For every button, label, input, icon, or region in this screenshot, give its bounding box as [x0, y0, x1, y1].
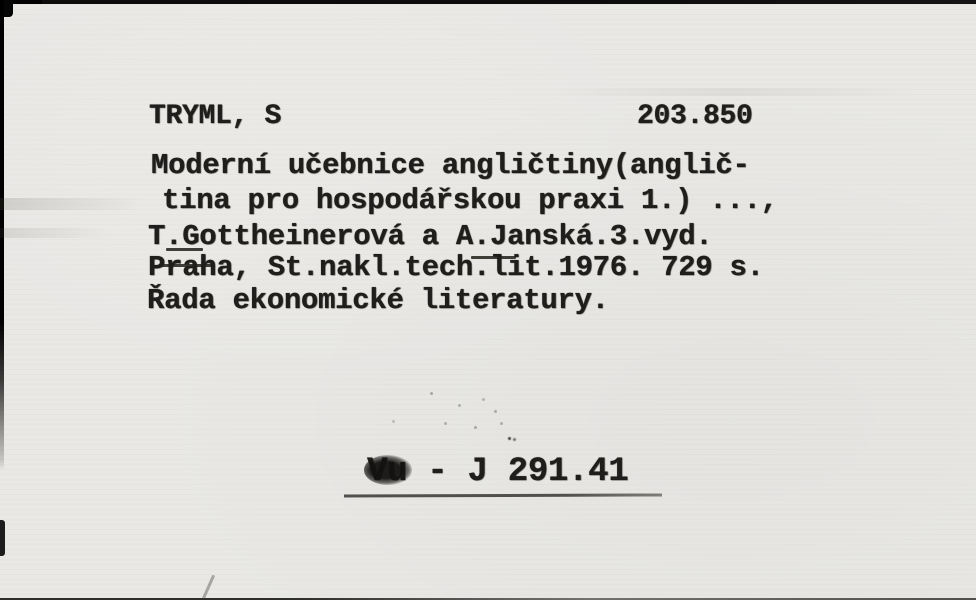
pencil-mark	[202, 575, 215, 600]
overstrike-mark	[166, 248, 203, 251]
bibliographic-line: T.Gottheinerová a A.Janská.3.vyd.	[148, 221, 712, 253]
catalog-card-scan: TRYML, S 203.850 Moderní učebnice anglič…	[0, 0, 976, 600]
scan-edge-blob	[0, 520, 5, 556]
paper-smudge	[0, 228, 120, 238]
bibliographic-line: Praha, St.nakl.tech.lit.1976. 729 s.	[148, 252, 764, 284]
paper-smudge	[540, 88, 920, 96]
call-number-underline	[344, 493, 662, 497]
scan-edge-left	[0, 0, 4, 470]
paper-smudge	[0, 198, 160, 210]
ink-blob	[364, 455, 412, 485]
classification-number: 203.850	[637, 101, 753, 132]
author-heading: TRYML, S	[149, 101, 281, 132]
overstrike-mark	[471, 256, 516, 259]
overstrike-mark	[161, 264, 214, 267]
bibliographic-line: tina pro hospodářskou praxi 1.) ...,	[162, 185, 778, 217]
bibliographic-line: Moderní učebnice angličtiny(anglič-	[151, 150, 750, 182]
bibliographic-line: Řada ekonomické literatury.	[147, 285, 609, 317]
scan-edge-top	[0, 0, 976, 4]
erased-text-speckles	[430, 392, 433, 395]
